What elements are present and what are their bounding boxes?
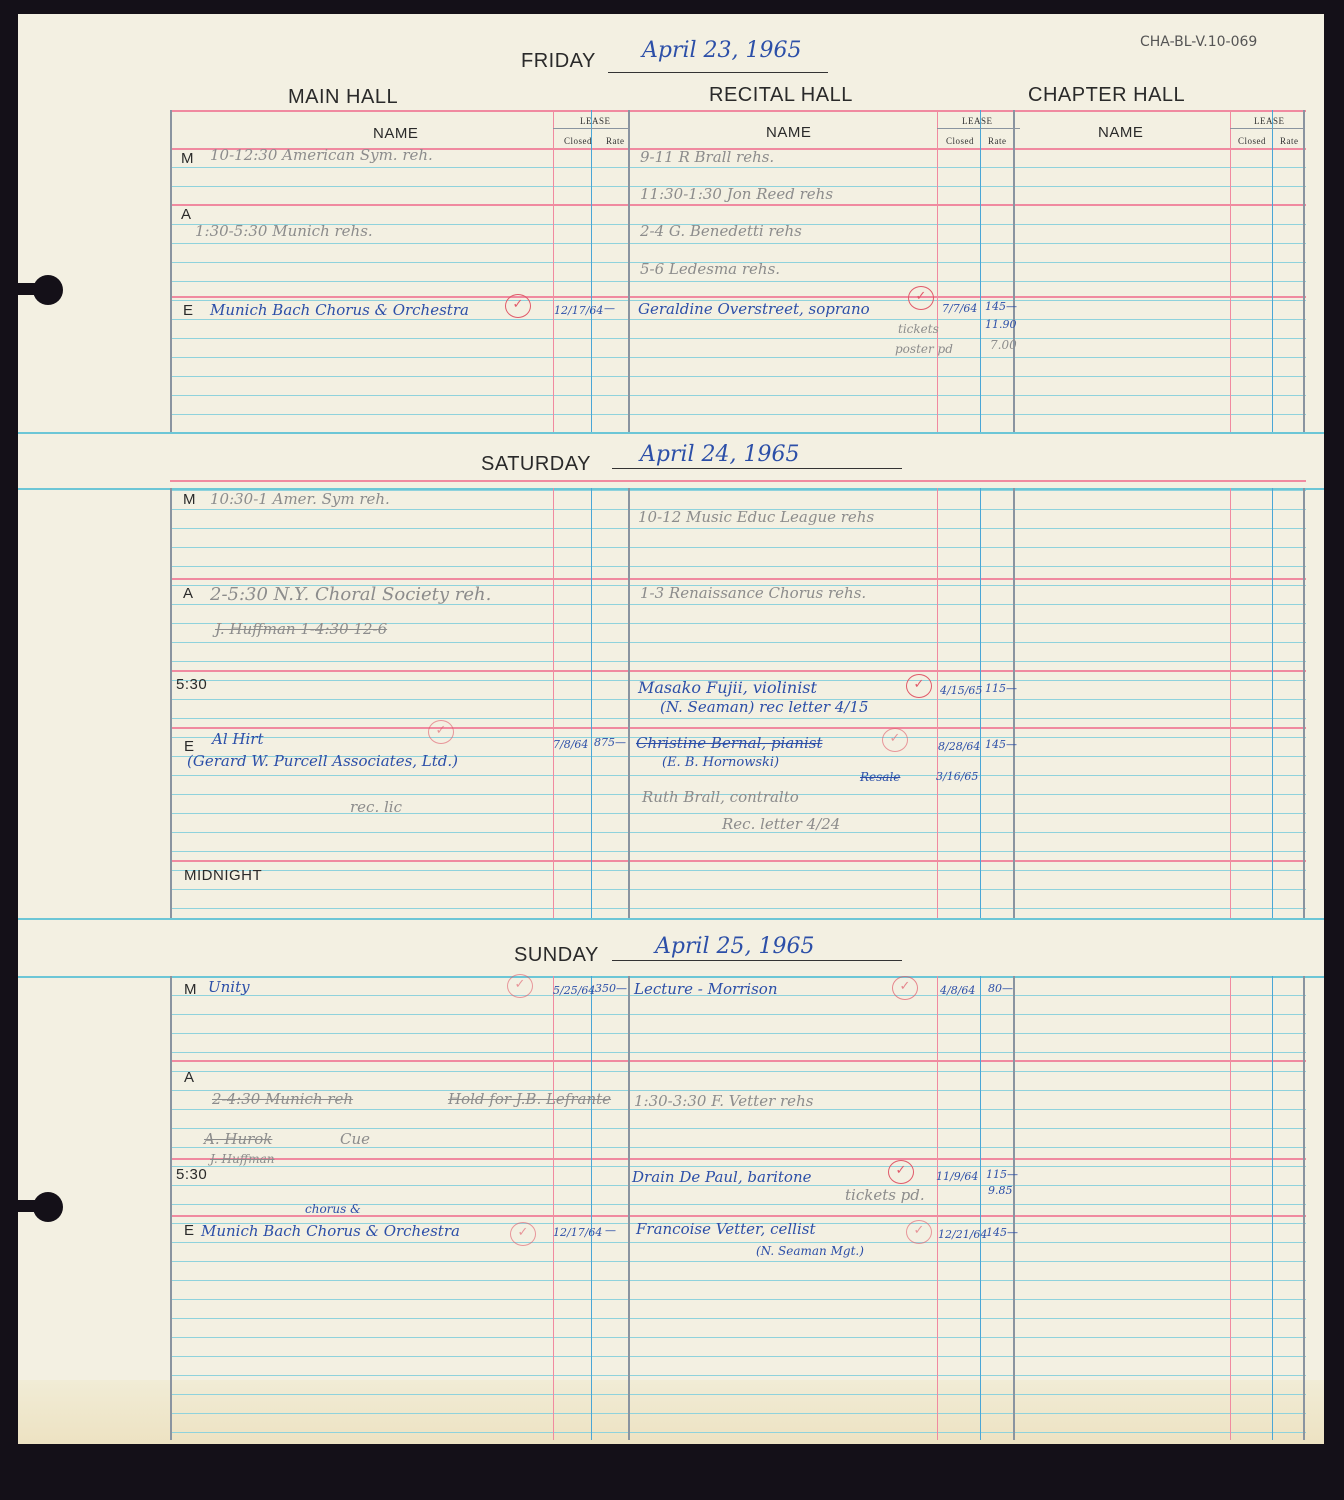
- booking-entry: 9-11 R Brall rehs.: [640, 148, 774, 166]
- hall-header-chapter: CHAPTER HALL: [1028, 84, 1185, 107]
- lease-closed-value: 7/7/64: [942, 302, 977, 315]
- blue-rule: [170, 1394, 1306, 1395]
- blue-rule: [170, 1299, 1306, 1300]
- booking-entry: 10:30-1 Amer. Sym reh.: [210, 490, 390, 508]
- pink-rule: [170, 204, 1306, 206]
- check-mark-icon: ✓: [908, 286, 934, 310]
- blue-rule: [170, 1166, 1306, 1167]
- pink-rule: [170, 1060, 1306, 1062]
- pink-rule: [170, 670, 1306, 672]
- booking-note: Cue: [340, 1130, 370, 1148]
- blue-rule: [170, 566, 1306, 567]
- check-mark-icon: ✓: [510, 1222, 536, 1246]
- column-rule: [628, 488, 630, 918]
- blue-rule: [170, 547, 1306, 548]
- column-rule: [980, 110, 981, 432]
- lease-closed-value: 7/8/64: [553, 738, 588, 751]
- booking-entry: Drain De Paul, baritone: [632, 1168, 812, 1186]
- day-date-friday: April 23, 1965: [642, 38, 802, 63]
- lease-closed-value: 12/21/64: [938, 1228, 987, 1241]
- blue-rule: [170, 338, 1306, 339]
- booking-entry: 2-5:30 N.Y. Choral Society reh.: [210, 584, 491, 605]
- pink-rule: [170, 727, 1306, 729]
- column-rule: [1272, 976, 1273, 1440]
- column-rule: [1013, 488, 1015, 918]
- slot-afternoon-sunday: A: [184, 1069, 195, 1086]
- note-poster: poster pd: [895, 342, 953, 356]
- day-date-sunday: April 25, 1965: [655, 934, 815, 959]
- blue-rule: [170, 376, 1306, 377]
- column-header-name-chapter: NAME: [1098, 124, 1143, 141]
- lease-rate-value: 145—: [985, 300, 1017, 313]
- lease-extra-value: 9.85: [988, 1184, 1013, 1197]
- check-mark-icon: ✓: [906, 1220, 932, 1244]
- column-rule: [628, 976, 630, 1440]
- note-poster-amount: 7.00: [990, 338, 1017, 352]
- booking-entry: (Gerard W. Purcell Associates, Ltd.): [187, 752, 458, 770]
- booking-entry: Ruth Brall, contralto: [642, 788, 799, 806]
- booking-entry: 2-4 G. Benedetti rehs: [640, 222, 802, 240]
- blue-rule: [170, 661, 1306, 662]
- blue-rule: [170, 528, 1306, 529]
- column-rule: [937, 110, 938, 432]
- booking-entry: Lecture - Morrison: [634, 980, 778, 998]
- day-label-sunday: SUNDAY: [514, 944, 599, 967]
- column-rule: [170, 976, 172, 1440]
- slot-five-thirty-saturday: 5:30: [176, 676, 207, 693]
- booking-entry: Francoise Vetter, cellist: [636, 1220, 815, 1238]
- lease-closed-value: 12/17/64: [553, 1226, 602, 1239]
- booking-entry: Al Hirt: [212, 730, 263, 748]
- resale-date: 3/16/65: [936, 770, 978, 783]
- date-underline: [612, 468, 902, 469]
- lease-closed-value: 5/25/64: [553, 984, 595, 997]
- blue-rule: [170, 243, 1306, 244]
- check-mark-icon: ✓: [507, 974, 533, 998]
- booking-entry: Unity: [208, 978, 250, 996]
- booking-entry: 5-6 Ledesma rehs.: [640, 260, 780, 278]
- blue-rule: [170, 319, 1306, 320]
- booking-entry: Masako Fujii, violinist: [638, 678, 817, 697]
- binder-hole: [33, 1192, 63, 1222]
- blue-rule: [170, 889, 1306, 890]
- blue-rule: [170, 1052, 1306, 1053]
- booking-entry: 1-3 Renaissance Chorus rehs.: [640, 584, 866, 602]
- booking-entry: Munich Bach Chorus & Orchestra: [201, 1222, 460, 1240]
- lease-header-main: LEASE: [580, 116, 611, 126]
- booking-entry: (N. Seaman) rec letter 4/15: [660, 698, 869, 716]
- blue-rule: [170, 1318, 1306, 1319]
- date-underline: [608, 72, 828, 73]
- booking-entry: Munich Bach Chorus & Orchestra: [210, 301, 469, 319]
- blue-rule: [170, 1071, 1306, 1072]
- blue-rule: [170, 1375, 1306, 1376]
- check-mark-icon: ✓: [892, 976, 918, 1000]
- slot-morning-saturday: M: [183, 491, 196, 508]
- booking-entry-struck: J. Huffman 1-4:30 12-6: [215, 620, 387, 638]
- column-rule: [1303, 976, 1305, 1440]
- lease-subrule: [1230, 128, 1305, 129]
- column-rule: [170, 488, 172, 918]
- check-mark-icon: ✓: [505, 294, 531, 318]
- date-underline: [612, 960, 902, 961]
- booking-entry-struck: A. Hurok: [204, 1130, 272, 1148]
- booking-note: Rec. letter 4/24: [722, 815, 840, 833]
- blue-rule: [170, 1242, 1306, 1243]
- blue-rule: [170, 167, 1306, 168]
- lease-rate-recital: Rate: [988, 136, 1007, 146]
- lease-rate-value: 115—: [986, 1168, 1018, 1181]
- lease-header-chapter: LEASE: [1254, 116, 1285, 126]
- band-rule: [18, 918, 1324, 920]
- column-rule: [1230, 488, 1231, 918]
- blue-rule: [170, 414, 1306, 415]
- column-rule: [1272, 488, 1273, 918]
- column-rule: [591, 976, 592, 1440]
- lease-rate-chapter: Rate: [1280, 136, 1299, 146]
- lease-rate-value: 80—: [988, 982, 1013, 995]
- lease-closed-main: Closed: [564, 136, 592, 146]
- lease-rate-value: 145—: [985, 738, 1017, 751]
- lease-rate-value: —: [605, 1224, 616, 1237]
- booking-entry: 10-12 Music Educ League rehs: [638, 508, 874, 526]
- check-mark-icon: ✓: [888, 1160, 914, 1184]
- column-header-name-main: NAME: [373, 125, 418, 142]
- booking-entry-struck: J. Huffman: [210, 1152, 274, 1166]
- booking-entry-struck: Hold for J.B. Lefrante: [448, 1090, 611, 1108]
- booking-entry-struck: Christine Bernal, pianist: [636, 734, 822, 752]
- blue-rule: [170, 1261, 1306, 1262]
- column-rule: [553, 110, 554, 432]
- booking-agent: (E. B. Hornowski): [662, 755, 779, 770]
- blue-rule: [170, 908, 1306, 909]
- blue-rule: [170, 357, 1306, 358]
- day-label-saturday: SATURDAY: [481, 453, 591, 476]
- column-rule: [628, 110, 630, 432]
- note-rec-lic: rec. lic: [350, 798, 402, 816]
- slot-five-thirty-sunday: 5:30: [176, 1166, 207, 1183]
- slot-evening-friday: E: [183, 302, 194, 319]
- band-rule: [18, 432, 1324, 434]
- paper-aging: [18, 1380, 1324, 1444]
- lease-closed-value: 11/9/64: [936, 1170, 978, 1183]
- column-header-name-recital: NAME: [766, 124, 811, 141]
- blue-rule: [170, 1128, 1306, 1129]
- day-date-saturday: April 24, 1965: [640, 442, 800, 467]
- lease-header-recital: LEASE: [962, 116, 993, 126]
- document-reference: CHA-BL-V.10-069: [1140, 34, 1257, 50]
- booking-entry: 10-12:30 American Sym. reh.: [210, 146, 433, 164]
- pink-rule: [170, 296, 1306, 298]
- note-tickets: tickets: [898, 322, 939, 336]
- booking-entry: 1:30-5:30 Munich rehs.: [195, 222, 373, 240]
- check-mark-icon: ✓: [906, 674, 932, 698]
- lease-closed-recital: Closed: [946, 136, 974, 146]
- slot-morning-sunday: M: [184, 981, 197, 998]
- blue-rule: [170, 1337, 1306, 1338]
- lease-rate-value: —: [604, 302, 615, 315]
- check-mark-icon: ✓: [428, 720, 454, 744]
- booking-entry: 1:30-3:30 F. Vetter rehs: [634, 1092, 813, 1110]
- booking-entry: Geraldine Overstreet, soprano: [638, 300, 870, 318]
- column-rule: [1230, 976, 1231, 1440]
- hall-header-main: MAIN HALL: [288, 86, 398, 109]
- lease-closed-value: 12/17/64: [554, 304, 603, 317]
- lease-rate-value: 145—: [986, 1226, 1018, 1239]
- column-rule: [553, 488, 554, 918]
- pink-rule: [170, 860, 1306, 862]
- blue-rule: [170, 775, 1306, 776]
- column-rule: [591, 110, 592, 432]
- blue-rule: [170, 1432, 1306, 1433]
- blue-rule: [170, 1356, 1306, 1357]
- booking-entry: 11:30-1:30 Jon Reed rehs: [640, 185, 833, 203]
- lease-closed-value: 8/28/64: [938, 740, 980, 753]
- column-rule: [980, 488, 981, 918]
- blue-rule: [170, 870, 1306, 871]
- lease-rate-value: 350—: [595, 982, 627, 995]
- check-mark-icon: ✓: [882, 728, 908, 752]
- blue-rule: [170, 395, 1306, 396]
- lease-rate-value: 875—: [594, 736, 626, 749]
- lease-closed-value: 4/8/64: [940, 984, 975, 997]
- pink-rule: [170, 110, 1306, 112]
- column-rule: [1230, 110, 1231, 432]
- pink-rule: [170, 1158, 1306, 1160]
- slot-morning-friday: M: [181, 150, 194, 167]
- day-label-friday: FRIDAY: [521, 50, 596, 73]
- lease-closed-value: 4/15/65: [940, 684, 982, 697]
- pink-rule: [170, 480, 1306, 482]
- lease-rate-main: Rate: [606, 136, 625, 146]
- binder-hole: [33, 275, 63, 305]
- column-rule: [591, 488, 592, 918]
- column-rule: [1303, 488, 1305, 918]
- hall-header-recital: RECITAL HALL: [709, 84, 853, 107]
- booking-agent: (N. Seaman Mgt.): [756, 1244, 864, 1258]
- booking-entry-struck: 2-4:30 Munich reh: [212, 1090, 353, 1108]
- booking-insert: chorus &: [305, 1202, 361, 1216]
- slot-evening-sunday: E: [184, 1222, 195, 1239]
- slot-afternoon-friday: A: [181, 206, 192, 223]
- lease-closed-chapter: Closed: [1238, 136, 1266, 146]
- lease-subrule: [937, 128, 1020, 129]
- column-rule: [1013, 110, 1015, 432]
- blue-rule: [170, 1280, 1306, 1281]
- note-tickets-paid: tickets pd.: [845, 1186, 925, 1204]
- column-rule: [937, 976, 938, 1440]
- blue-rule: [170, 718, 1306, 719]
- column-rule: [937, 488, 938, 918]
- lease-subrule: [553, 128, 628, 129]
- blue-rule: [170, 1014, 1306, 1015]
- blue-rule: [170, 1413, 1306, 1414]
- column-rule: [1272, 110, 1273, 432]
- column-rule: [1303, 110, 1305, 432]
- blue-rule: [170, 642, 1306, 643]
- resale-struck: Resale: [860, 770, 900, 784]
- pink-rule: [170, 578, 1306, 580]
- lease-rate-value: 115—: [985, 682, 1017, 695]
- column-rule: [980, 976, 981, 1440]
- blue-rule: [170, 851, 1306, 852]
- slot-afternoon-saturday: A: [183, 585, 194, 602]
- column-rule: [170, 110, 172, 432]
- slot-midnight-saturday: MIDNIGHT: [184, 867, 262, 884]
- blue-rule: [170, 281, 1306, 282]
- column-rule: [553, 976, 554, 1440]
- note-tickets-amount: 11.90: [985, 318, 1017, 331]
- column-rule: [1013, 976, 1015, 1440]
- blue-rule: [170, 1033, 1306, 1034]
- blue-rule: [170, 813, 1306, 814]
